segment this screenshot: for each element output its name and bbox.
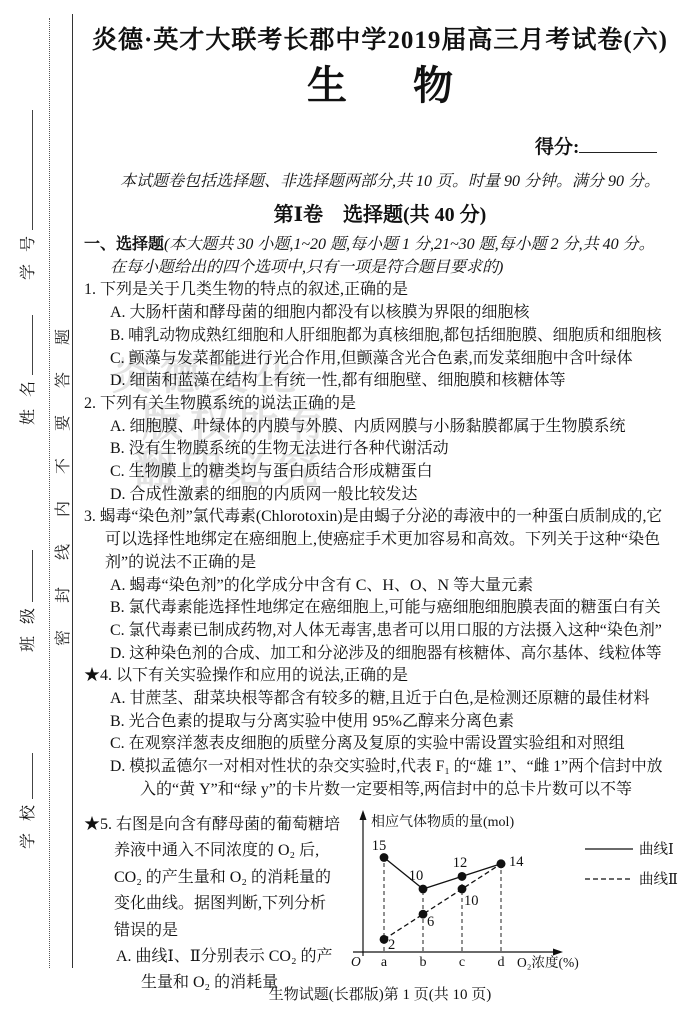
data-point — [497, 859, 506, 868]
question-line: D. 细菌和蓝藻在结构上有统一性,都有细胞壁、细胞膜和核糖体等 — [84, 370, 662, 393]
point-value: 12 — [453, 855, 468, 871]
point-value: 6 — [427, 914, 434, 930]
data-point — [419, 885, 428, 894]
point-value: 14 — [509, 854, 524, 870]
point-value: 10 — [464, 893, 479, 909]
question-line: D. 合成性激素的细胞的内质网一般比较发达 — [84, 484, 662, 507]
series-曲线Ⅱ — [384, 864, 501, 940]
question-line: B. 哺乳动物成熟红细胞和人肝细胞都为真核细胞,都包括细胞膜、细胞质和细胞核 — [84, 325, 662, 348]
y-axis-label: 相应气体物质的量(mol) — [371, 813, 514, 830]
exam-page: 炎德文化 版权所有 翻印必究 学 号 姓 名 班 级 学 校 密封线内不要答题 … — [0, 0, 688, 1013]
question5-line: CO₂ 的产生量和 O₂ 的消耗量的 — [84, 865, 360, 891]
legend-label: 曲线Ⅰ — [639, 841, 674, 858]
subject-title-char: 生 — [307, 54, 347, 111]
question-line: D. 模拟孟德尔一对相对性状的杂交实验时,代表 F₁ 的“雄 1”、“雌 1”两… — [84, 756, 662, 779]
x-axis-label: O₂浓度(%) — [517, 954, 579, 970]
data-point — [380, 853, 389, 862]
series-曲线Ⅰ — [384, 858, 501, 890]
field-blank-line — [18, 550, 33, 602]
field-label: 学 号 — [15, 232, 38, 280]
seal-instruction: 密封线内不要答题 — [50, 294, 72, 646]
exam-notice: 本试题卷包括选择题、非选择题两部分,共 10 页。时量 90 分钟。满分 90 … — [120, 168, 660, 191]
x-tick-label: c — [459, 955, 465, 970]
question5-line: A. 曲线Ⅰ、Ⅱ分别表示 CO₂ 的产 — [84, 944, 360, 970]
question-line: B. 没有生物膜系统的生物无法进行各种代谢活动 — [84, 438, 662, 461]
legend-label: 曲线Ⅱ — [639, 871, 678, 888]
question-line: A. 大肠杆菌和酵母菌的细胞内都没有以核膜为界限的细胞核 — [84, 302, 662, 325]
field-label: 学 校 — [15, 801, 38, 849]
question5-line: ★5. 右图是向含有酵母菌的葡萄糖培 — [84, 812, 360, 838]
score-row: 得分: — [535, 132, 657, 159]
question-line: 剂”的说法不正确的是 — [84, 552, 662, 575]
field-blank-line — [18, 110, 33, 230]
section-heading: 第Ⅰ卷 选择题(共 40 分) — [72, 198, 688, 227]
origin-label: O — [351, 954, 361, 969]
field-student-number: 学 号 — [15, 104, 39, 280]
score-label: 得分: — [535, 137, 579, 158]
seal-solid-line — [72, 14, 73, 968]
question-line: A. 甘蔗茎、甜菜块根等都含有较多的糖,且近于白色,是检测还原糖的最佳材料 — [84, 688, 662, 711]
x-tick-label: b — [420, 955, 427, 970]
question5-line: 错误的是 — [84, 918, 360, 944]
point-value: 15 — [372, 838, 387, 854]
field-student-name: 姓 名 — [15, 313, 39, 425]
question-line: C. 颤藻与发菜都能进行光合作用,但颤藻含光合色素,而发菜细胞中含叶绿体 — [84, 348, 662, 371]
question-line: 1. 下列是关于几类生物的特点的叙述,正确的是 — [84, 279, 662, 302]
question-line: 在每小题给出的四个选项中,只有一项是符合题目要求的) — [84, 257, 662, 280]
question-line: C. 氯代毒素已制成药物,对人体无毒害,患者可以用口服的方法摄入这种“染色剂” — [84, 620, 662, 643]
question5-line: 生量和 O₂ 的消耗量 — [84, 970, 360, 996]
subject-title: 生 物 — [72, 54, 688, 111]
field-blank-line — [18, 753, 33, 799]
question-line: C. 生物膜上的糖类均与蛋白质结合形成糖蛋白 — [84, 461, 662, 484]
score-blank-line — [579, 135, 657, 153]
data-point — [458, 872, 467, 881]
question-line: A. 蝎毒“染色剂”的化学成分中含有 C、H、O、N 等大量元素 — [84, 575, 662, 598]
question5-line: 变化曲线。据图判断,下列分析 — [84, 891, 360, 917]
field-label: 姓 名 — [15, 377, 38, 425]
question-line: B. 光合色素的提取与分离实验中使用 95%乙醇来分离色素 — [84, 711, 662, 734]
question5-block: ★5. 右图是向含有酵母菌的葡萄糖培养液中通入不同浓度的 O₂ 后,CO₂ 的产… — [84, 812, 360, 997]
question-line: B. 氯代毒素能选择性地绑定在癌细胞上,可能与癌细胞细胞膜表面的糖蛋白有关 — [84, 597, 662, 620]
question-line: A. 细胞膜、叶绿体的内膜与外膜、内质网膜与小肠黏膜都属于生物膜系统 — [84, 416, 662, 439]
exam-series-title: 炎德·英才大联考长郡中学2019届高三月考试卷(六) — [72, 20, 688, 56]
question-line: 入的“黄 Y”和“绿 y”的卡片数一定要相等,两信封中的总卡片数可以不等 — [84, 779, 662, 802]
field-label: 班 级 — [15, 604, 38, 652]
question-line: 可以选择性地绑定在癌细胞上,使癌症手术更加容易和高效。下列关于这种“染色 — [84, 529, 662, 552]
field-school: 学 校 — [15, 751, 39, 849]
question-line: 一、选择题(本大题共 30 小题,1~20 题,每小题 1 分,21~30 题,… — [84, 234, 662, 257]
field-blank-line — [18, 315, 33, 375]
point-value: 10 — [409, 868, 424, 884]
question-line: 2. 下列有关生物膜系统的说法正确的是 — [84, 393, 662, 416]
question-line: D. 这种染色剂的合成、加工和分泌涉及的细胞器有核糖体、高尔基体、线粒体等 — [84, 643, 662, 666]
x-tick-label: a — [381, 955, 388, 970]
subject-title-char: 物 — [413, 54, 453, 111]
question-line: 3. 蝎毒“染色剂”氯代毒素(Chlorotoxin)是由蝎子分泌的毒液中的一种… — [84, 506, 662, 529]
question-line: ★4. 以下有关实验操作和应用的说法,正确的是 — [84, 665, 662, 688]
point-value: 2 — [388, 937, 395, 953]
questions-block: 一、选择题(本大题共 30 小题,1~20 题,每小题 1 分,21~30 题,… — [84, 234, 662, 802]
question5-line: 养液中通入不同浓度的 O₂ 后, — [84, 838, 360, 864]
y-axis-arrow — [360, 810, 367, 820]
x-tick-label: d — [498, 955, 505, 970]
question-line: C. 在观察洋葱表皮细胞的质壁分离及复原的实验中需设置实验组和对照组 — [84, 733, 662, 756]
gas-amount-chart: 相应气体物质的量(mol)OO₂浓度(%)abcd151012142610曲线Ⅰ… — [345, 808, 688, 980]
field-class: 班 级 — [15, 546, 39, 652]
